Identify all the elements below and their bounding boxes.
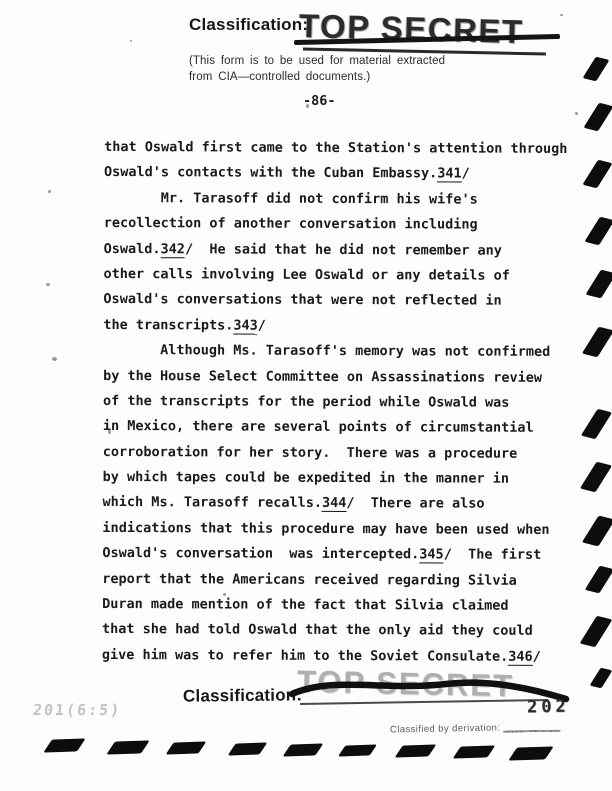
top-secret-stamp-top: TOP SECRET: [299, 7, 525, 51]
scan-edge-mark: [166, 741, 207, 754]
body-line: corroboration for her story. There was a…: [103, 440, 583, 467]
body-line: indications that this procedure may have…: [102, 516, 582, 543]
form-usage-note: (This form is to be used for material ex…: [189, 54, 489, 85]
classification-label-top: Classification:: [189, 15, 308, 35]
scan-edge-mark: [582, 327, 612, 358]
scan-edge-mark: [584, 217, 612, 246]
body-line: which Ms. Tarasoff recalls.344/ There ar…: [103, 490, 583, 517]
scan-speck: [108, 430, 111, 434]
scan-edge-mark: [106, 740, 149, 754]
form-note-line2: from CIA—controlled documents.): [189, 70, 489, 86]
scan-speck: [48, 190, 51, 193]
scan-edge-mark: [581, 409, 612, 439]
scan-edge-mark: [395, 744, 437, 757]
scan-edge-mark: [583, 57, 610, 82]
body-line: Oswald's contacts with the Cuban Embassy…: [104, 160, 584, 187]
classified-by-label: Classified by derivation:: [390, 723, 501, 736]
scan-edge-mark: [590, 668, 612, 689]
body-line: Oswald.342/ He said that he did not reme…: [104, 237, 584, 264]
scan-edge-mark: [580, 462, 612, 493]
scan-speck: [223, 593, 226, 596]
body-line: report that the Americans received regar…: [102, 567, 582, 594]
form-note-line1: (This form is to be used for material ex…: [189, 54, 489, 70]
document-page: Classification: TOP SECRET (This form is…: [0, 0, 612, 791]
body-line: Oswald's conversation was intercepted.34…: [102, 541, 582, 568]
scan-speck: [575, 112, 578, 115]
body-line: by which tapes could be expedited in the…: [103, 465, 583, 492]
scan-speck: [306, 104, 309, 108]
scan-edge-mark: [508, 746, 554, 760]
page-stamp-number: 202: [527, 697, 570, 718]
body-line: Duran made mention of the fact that Silv…: [102, 592, 582, 619]
scan-edge-mark: [580, 616, 612, 648]
classified-by-note: Classified by derivation: ‗‗‗‗‗ ‗‗‗ ‗ ‗‗…: [390, 722, 559, 736]
scan-edge-mark: [585, 270, 612, 299]
scan-speck: [130, 40, 132, 42]
body-line: Oswald's conversations that were not ref…: [103, 287, 583, 314]
body-line: Although Ms. Tarasoff's memory was not c…: [103, 338, 583, 365]
body-line: other calls involving Lee Oswald or any …: [104, 262, 584, 289]
scan-edge-mark: [582, 516, 612, 547]
scan-speck: [52, 357, 57, 361]
body-text: that Oswald first came to the Station's …: [102, 135, 584, 670]
classified-by-blank: ‗‗‗‗‗ ‗‗‗ ‗ ‗‗‗: [503, 722, 559, 734]
scan-edge-mark: [453, 745, 496, 758]
scan-edge-mark: [585, 566, 612, 594]
scan-speck: [560, 14, 563, 16]
body-line: that Oswald first came to the Station's …: [104, 135, 584, 162]
body-line: recollection of another conversation inc…: [104, 211, 584, 238]
scan-edge-mark: [228, 742, 268, 755]
faint-number-stamp: 201(6:5): [32, 701, 122, 719]
body-line: by the House Select Committee on Assassi…: [103, 363, 583, 390]
body-line: in Mexico, there are several points of c…: [103, 414, 583, 441]
scan-edge-mark: [283, 743, 324, 756]
body-line: of the transcripts for the period while …: [103, 389, 583, 416]
body-line: the transcripts.343/: [103, 313, 583, 340]
scan-speck: [46, 283, 50, 286]
scan-edge-mark: [338, 744, 377, 756]
body-line: Mr. Tarasoff did not confirm his wife's: [104, 186, 584, 213]
body-line: that she had told Oswald that the only a…: [102, 617, 582, 644]
scan-edge-mark: [583, 103, 612, 132]
scan-edge-mark: [43, 738, 85, 752]
scan-edge-mark: [582, 160, 612, 189]
